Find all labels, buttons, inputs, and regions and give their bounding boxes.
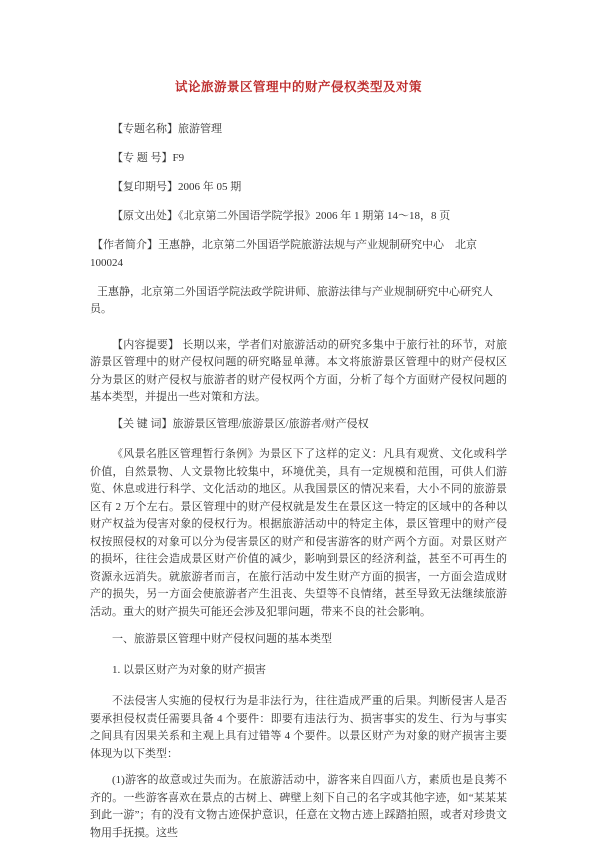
meta-author-note: 王惠静，北京第二外国语学院法政学院讲师、旅游法律与产业规制研究中心研究人员。 xyxy=(90,284,507,319)
meta-topic-name: 【专题名称】旅游管理 xyxy=(90,121,507,139)
meta-original-source: 【原文出处】《北京第二外国语学院学报》2006 年 1 期第 14～18，8 页 xyxy=(90,208,507,226)
abstract-paragraph: 【内容提要】 长期以来，学者们对旅游活动的研究多集中于旅行社的环节，对旅游景区管… xyxy=(90,337,507,407)
body-paragraph-1: 不法侵害人实施的侵权行为是非法行为，往往造成严重的后果。判断侵害人是否要承担侵权… xyxy=(90,693,507,763)
body-paragraph-2: (1)游客的故意或过失而为。在旅游活动中，游客来自四面八方，素质也是良莠不齐的。… xyxy=(90,772,507,842)
keywords-line: 【关 键 词】旅游景区管理/旅游景区/旅游者/财产侵权 xyxy=(90,416,507,434)
article-content: 试论旅游景区管理中的财产侵权类型及对策 【专题名称】旅游管理 【专 题 号】F9… xyxy=(90,80,507,842)
meta-reprint-issue: 【复印期号】2006 年 05 期 xyxy=(90,179,507,197)
meta-author-info: 【作者简介】王惠静，北京第二外国语学院旅游法规与产业规制研究中心 北京 1000… xyxy=(90,237,507,272)
sub-heading-1: 1. 以景区财产为对象的财产损害 xyxy=(90,662,507,680)
section-heading-1: 一、旅游景区管理中财产侵权问题的基本类型 xyxy=(90,631,507,649)
intro-paragraph: 《风景名胜区管理暂行条例》为景区下了这样的定义：凡具有观赏、文化或科学价值，自然… xyxy=(90,446,507,621)
page-title: 试论旅游景区管理中的财产侵权类型及对策 xyxy=(90,80,507,95)
document-page: 试论旅游景区管理中的财产侵权类型及对策 【专题名称】旅游管理 【专 题 号】F9… xyxy=(0,0,595,842)
meta-topic-code: 【专 题 号】F9 xyxy=(90,150,507,168)
